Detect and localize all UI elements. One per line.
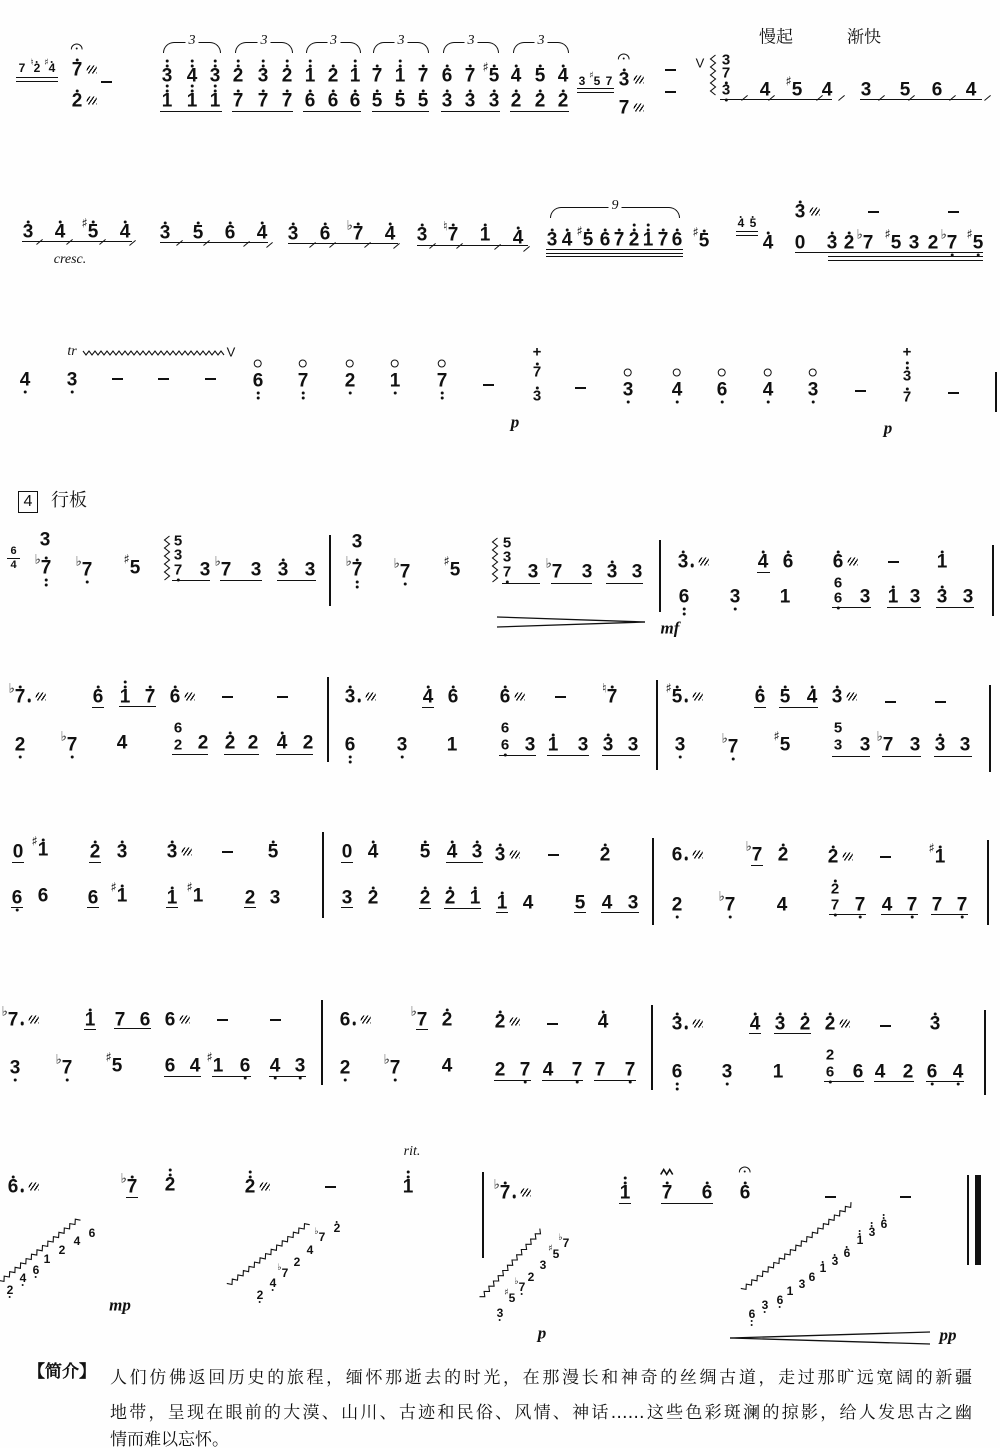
note-numeral: 6: [140, 1011, 151, 1030]
beam-line: [341, 862, 353, 863]
jianpu-note: 0: [342, 843, 353, 862]
harmonic-circle-icon: [346, 360, 354, 368]
sharp-icon: ♯: [785, 76, 791, 89]
time-signature-denominator: 4: [7, 559, 20, 571]
octave-dot-below-icon: [13, 1078, 16, 1081]
note-numeral: 3: [442, 92, 453, 111]
jianpu-note: 7: [418, 67, 429, 86]
octave-dot-below-icon: [44, 578, 47, 581]
octave-dot-below-icon: [355, 585, 358, 588]
jianpu-note: 2: [629, 231, 640, 250]
note-numeral: 1: [120, 688, 131, 707]
jianpu-note: 1: [643, 231, 654, 250]
beam-line: [829, 914, 866, 915]
octave-dot-above-icon: [371, 886, 374, 889]
jianpu-note: 3: [607, 563, 618, 582]
note-numeral: 7: [831, 898, 839, 913]
note-numeral: 7: [174, 563, 182, 578]
jianpu-note: 3: [937, 588, 948, 607]
octave-dot-below-icon: [956, 1082, 959, 1085]
note-numeral: 6: [679, 588, 690, 607]
octave-dot-above-icon: [398, 89, 401, 92]
note-numeral: 4: [558, 67, 569, 86]
jianpu-note: 1: [162, 92, 173, 111]
jianpu-note: 3: [162, 67, 173, 86]
octave-dot-above-icon: [781, 843, 784, 846]
tremolo-icon: [179, 1016, 189, 1024]
jianpu-note: 3: [795, 203, 806, 222]
octave-dot-below-icon: [930, 1082, 933, 1085]
jianpu-note: 2: [511, 92, 522, 111]
jianpu-note: 4: [763, 234, 774, 253]
beam-line: [166, 907, 178, 908]
sharp-icon: ♯: [576, 226, 582, 239]
note-numeral: 5: [834, 721, 842, 736]
jianpu-note: 6: [672, 231, 683, 250]
note-numeral: 1: [210, 92, 221, 111]
octave-dot-above-icon: [261, 59, 264, 62]
octave-dot-above-icon: [610, 560, 613, 563]
note-numeral: 4: [602, 894, 613, 913]
note-numeral: 6: [328, 92, 339, 111]
jianpu-note: 7♭: [947, 234, 958, 253]
jianpu-note: 4: [442, 1057, 453, 1076]
octave-dot-above-icon: [565, 228, 568, 231]
note-numeral: 7: [15, 688, 26, 707]
note-numeral: 7: [662, 1184, 673, 1203]
octave-dot-above-icon: [516, 226, 519, 229]
jianpu-note: 1: [773, 1063, 784, 1082]
augmentation-dot-icon: [684, 1026, 688, 1030]
beam-line: [84, 1029, 96, 1030]
jianpu-note: 3: [675, 736, 686, 755]
jianpu-note: 5: [418, 92, 429, 111]
note-numeral: 1: [888, 588, 899, 607]
octave-dot-below-icon: [682, 607, 685, 610]
jianpu-note: 2: [672, 896, 683, 915]
jianpu-note: 2: [844, 234, 855, 253]
tremolo-icon: [809, 208, 819, 216]
note-numeral: 3: [489, 92, 500, 111]
octave-dot-above-icon: [91, 220, 94, 223]
note-numeral: 4: [807, 688, 818, 707]
jianpu-note: 2: [903, 1063, 914, 1082]
jianpu-note: 7♭: [500, 1184, 511, 1203]
note-numeral: 3: [834, 738, 842, 753]
octave-dot-above-icon: [260, 221, 263, 224]
octave-dot-above-icon: [26, 220, 29, 223]
note-numeral: 5: [900, 81, 911, 100]
note-numeral: 3: [795, 203, 806, 222]
jianpu-note: 5♯: [594, 75, 601, 87]
flat-icon: ♭: [61, 731, 67, 744]
note-numeral: 3: [730, 588, 741, 607]
sustain-dash: [205, 378, 216, 380]
octave-dot-above-icon: [96, 685, 99, 688]
note-numeral: 7: [115, 1011, 126, 1030]
note-numeral: 2: [248, 734, 259, 753]
beam-line: [547, 755, 589, 756]
bar-line: [656, 680, 658, 770]
jianpu-note: 2: [826, 1048, 834, 1063]
jianpu-note: 7: [72, 61, 83, 80]
jianpu-note: 4: [270, 1057, 281, 1076]
jianpu-note: 6: [38, 887, 49, 906]
octave-dot-above-icon: [93, 840, 96, 843]
jianpu-note: 2: [831, 882, 839, 897]
beam-line: [510, 111, 569, 112]
note-numeral: 4: [738, 217, 745, 229]
note-numeral: 1: [193, 887, 204, 906]
note-numeral: 7: [503, 565, 511, 580]
jianpu-note: 5: [750, 217, 757, 229]
note-numeral: 4: [543, 1061, 554, 1080]
beam-line: [594, 1080, 636, 1081]
jianpu-note: 7♭: [319, 1231, 326, 1243]
jianpu-note: 5♯: [699, 232, 710, 251]
note-numeral: 3: [278, 561, 289, 580]
note-numeral: 2: [420, 889, 431, 908]
jianpu-note: 1: [187, 92, 198, 111]
note-numeral: 1: [780, 588, 791, 607]
tremolo-icon: [842, 853, 852, 861]
note-numeral: 3: [607, 563, 618, 582]
jianpu-note: 7♭: [353, 225, 364, 244]
bar-line: [327, 677, 329, 762]
jianpu-note: 3: [678, 553, 689, 572]
flat-icon: ♭: [394, 558, 400, 571]
octave-dot-above-icon: [423, 840, 426, 843]
jianpu-note: 2: [72, 92, 83, 111]
note-numeral: 4: [511, 67, 522, 86]
beam-line: [92, 707, 104, 708]
note-numeral: 7: [19, 62, 26, 74]
dynamic-mark: mf: [661, 620, 680, 637]
sharp-icon: ♯: [443, 556, 449, 569]
jianpu-note: 7: [614, 231, 625, 250]
note-numeral: 7: [725, 896, 736, 915]
jianpu-note: 6: [679, 588, 690, 607]
octave-dot-above-icon: [836, 550, 839, 553]
note-numeral: 3: [722, 83, 730, 98]
note-numeral: 2: [368, 889, 379, 908]
jianpu-note: 3: [270, 889, 281, 908]
jianpu-note: 3: [722, 83, 730, 98]
jianpu-note: 6: [755, 688, 766, 707]
jianpu-note: 6: [253, 372, 264, 391]
note-numeral: 2: [558, 92, 569, 111]
jianpu-note: 3: [910, 588, 921, 607]
octave-dot-above-icon: [371, 840, 374, 843]
octave-dot-above-icon: [753, 1012, 756, 1015]
sharp-icon: ♯: [482, 62, 488, 75]
jianpu-note: 6: [165, 1011, 176, 1030]
jianpu-note: 6: [240, 1057, 251, 1076]
beam-line: [546, 249, 683, 250]
jianpu-note: 7: [233, 92, 244, 111]
flat-icon: ♭: [494, 1179, 500, 1192]
dynamic-mark: p: [511, 414, 520, 431]
jianpu-note: 3: [910, 736, 921, 755]
bar-line: [987, 840, 989, 925]
jianpu-note: 4: [190, 1057, 201, 1076]
jianpu-note: +: [903, 345, 912, 360]
note-numeral: 6: [174, 721, 182, 736]
jianpu-note: 6: [853, 1063, 864, 1082]
sustain-dash: [868, 211, 879, 213]
note-numeral: 7: [607, 688, 618, 707]
octave-dot-above-icon: [675, 1012, 678, 1015]
arpeggio-wave: [707, 49, 719, 104]
sustain-dash: [222, 696, 233, 698]
note-numeral: 2: [828, 848, 839, 867]
beam-line: [276, 754, 313, 755]
note-numeral: 3: [832, 688, 843, 707]
octave-dot-above-icon: [170, 886, 173, 889]
jianpu-note: 1: [395, 67, 406, 86]
beam-line: [749, 1033, 761, 1034]
jianpu-note: 3: [578, 736, 589, 755]
bar-line: [329, 535, 331, 606]
note-numeral: 3: [632, 563, 643, 582]
octave-dot-above-icon: [550, 228, 553, 231]
octave-dot-above-icon: [75, 89, 78, 92]
note-numeral: 7: [233, 92, 244, 111]
octave-dot-above-icon: [163, 221, 166, 224]
beam-line: [832, 607, 871, 608]
jianpu-note: 3: [417, 226, 428, 245]
sustain-dash: [885, 701, 896, 703]
decrescendo-hairpin: [497, 616, 645, 628]
octave-dot-above-icon: [601, 1010, 604, 1013]
octave-dot-above-icon: [88, 1008, 91, 1011]
octave-dot-above-icon: [940, 585, 943, 588]
note-numeral: 3: [861, 81, 872, 100]
beam-line: [882, 756, 921, 757]
jianpu-note: 5♯: [450, 561, 461, 580]
octave-dot-above-icon: [130, 1175, 133, 1178]
flat-icon: ♭: [411, 1006, 417, 1019]
octave-dot-above-icon: [783, 685, 786, 688]
note-numeral: 3: [295, 1057, 306, 1076]
jianpu-note: 6: [174, 721, 182, 736]
jianpu-note: 1: [210, 92, 221, 111]
tremolo-icon: [633, 76, 643, 84]
bar-line: [652, 838, 654, 925]
note-numeral: 3: [345, 688, 356, 707]
jianpu-note: 7: [855, 896, 866, 915]
note-numeral: 7: [947, 234, 958, 253]
jianpu-note: 3: [861, 81, 872, 100]
jianpu-note: 7: [625, 1061, 636, 1080]
note-numeral: 3: [67, 371, 78, 390]
jianpu-note: 3: [632, 563, 643, 582]
tuplet-bracket: 3: [513, 42, 569, 53]
octave-dot-above-icon: [498, 843, 501, 846]
natural-icon: ♮: [443, 221, 448, 234]
octave-dot-above-icon: [196, 221, 199, 224]
note-numeral: 7: [606, 75, 613, 87]
octave-dot-above-icon: [190, 59, 193, 62]
jianpu-note: 5♯: [672, 688, 683, 707]
sharp-icon: ♯: [692, 227, 698, 240]
beam-line: [341, 907, 353, 908]
jianpu-note: 3: [935, 736, 946, 755]
jianpu-note: 6: [834, 576, 842, 591]
flat-icon: ♭: [121, 1173, 127, 1186]
note-numeral: 1: [447, 736, 458, 755]
octave-dot-above-icon: [228, 731, 231, 734]
beam-line: [422, 707, 434, 708]
note-numeral: 6: [833, 553, 844, 572]
beam-line: [126, 1197, 138, 1198]
jianpu-note: 2: [928, 234, 939, 253]
octave-dot-below-icon: [733, 607, 736, 610]
note-numeral: 3: [495, 846, 506, 865]
beam-line: [496, 912, 508, 913]
note-numeral: 1: [162, 92, 173, 111]
arpeggio-wave: [489, 532, 501, 588]
jianpu-note: 7: [19, 62, 26, 74]
octave-dot-above-icon: [356, 222, 359, 225]
note-numeral: 2: [511, 92, 522, 111]
jianpu-note: 2: [245, 889, 256, 908]
jianpu-note: 6: [500, 688, 511, 707]
jianpu-note: 7♭: [41, 559, 52, 578]
jianpu-note: 6: [501, 738, 509, 753]
note-numeral: 7: [282, 92, 293, 111]
note-numeral: 2: [340, 1059, 351, 1078]
note-numeral: 3: [117, 843, 128, 862]
sharp-icon: ♯: [123, 554, 129, 567]
note-numeral: 3: [174, 548, 182, 563]
note-numeral: 1: [117, 887, 128, 906]
jianpu-note: 7: [298, 372, 309, 391]
octave-dot-above-icon: [406, 1175, 409, 1178]
jianpu-note: 2: [368, 889, 379, 908]
note-numeral: 2: [245, 1178, 256, 1197]
note-numeral: 6: [448, 688, 459, 707]
note-numeral: 7: [258, 92, 269, 111]
beam-line: [751, 865, 763, 866]
note-numeral: 6: [600, 231, 611, 250]
sustain-dash: [665, 69, 676, 71]
tremolo-icon: [86, 97, 96, 105]
jianpu-note: 7♭: [62, 1059, 73, 1078]
tremolo-icon: [514, 693, 524, 701]
jianpu-note: 7♭: [82, 561, 93, 580]
jianpu-note: 7♮: [607, 688, 618, 707]
note-numeral: 4: [758, 553, 769, 572]
octave-dot-above-icon: [665, 1181, 668, 1184]
note-numeral: 1: [403, 1178, 414, 1197]
slash-mark-icon: [985, 95, 992, 101]
jianpu-note: 5: [420, 843, 431, 862]
tremolo-icon: [184, 693, 194, 701]
jianpu-note: 7: [115, 1011, 126, 1030]
jianpu-note: 7: [503, 565, 511, 580]
jianpu-note: 6: [8, 1178, 19, 1197]
note-numeral: 4: [368, 843, 379, 862]
note-numeral: 4: [423, 688, 434, 707]
note-numeral: 1: [305, 67, 316, 86]
octave-dot-above-icon: [831, 845, 834, 848]
note-numeral: 4: [270, 1057, 281, 1076]
octave-dot-below-icon: [720, 400, 723, 403]
tremolo-icon: [692, 693, 702, 701]
note-numeral: 3: [869, 1226, 876, 1238]
note-numeral: 7: [855, 896, 866, 915]
mordent-icon: [661, 1170, 673, 1176]
octave-dot-below-icon: [678, 755, 681, 758]
tuplet-number: 3: [186, 34, 199, 48]
jianpu-note: 6: [170, 688, 181, 707]
note-numeral: 3: [808, 381, 819, 400]
jianpu-note: 1: [403, 1178, 414, 1197]
note-numeral: 3: [930, 1015, 941, 1034]
note-numeral: 7: [863, 234, 874, 253]
octave-dot-above-icon: [661, 228, 664, 231]
tuplet-number: 9: [609, 199, 622, 213]
note-numeral: 4: [777, 896, 788, 915]
tuplet-bracket: 3: [373, 42, 429, 53]
note-numeral: 3: [472, 843, 483, 862]
breath-mark: V: [696, 57, 705, 70]
jianpu-note: 7: [831, 898, 839, 913]
jianpu-note: 5: [780, 688, 791, 707]
note-numeral: 6: [853, 1063, 864, 1082]
beam-line: [502, 583, 540, 584]
octave-dot-above-icon: [423, 886, 426, 889]
tempo-mark: 渐快: [847, 30, 881, 47]
jianpu-note: 6: [340, 1011, 351, 1030]
note-numeral: 3: [603, 736, 614, 755]
beam-line: [89, 862, 101, 863]
jianpu-note: 4: [875, 1063, 886, 1082]
beam-line: [172, 580, 210, 581]
jianpu-note: 6: [749, 1308, 756, 1320]
tempo-mark: 慢起: [759, 30, 793, 47]
sustain-dash: [217, 1019, 228, 1021]
octave-dot-above-icon: [503, 685, 506, 688]
note-numeral: 7: [319, 1231, 326, 1243]
beam-line: [212, 1076, 251, 1077]
note-numeral: 4: [763, 381, 774, 400]
octave-dot-above-icon: [803, 1012, 806, 1015]
note-numeral: 4: [442, 1057, 453, 1076]
jianpu-note: 1: [390, 372, 401, 391]
note-numeral: 2: [778, 846, 789, 865]
note-numeral: 1: [350, 67, 361, 86]
note-numeral: 5: [268, 843, 279, 862]
note-numeral: 7: [907, 896, 918, 915]
note-numeral: 2: [34, 62, 41, 74]
note-numeral: 7: [552, 563, 563, 582]
jianpu-note: 3: [775, 1015, 786, 1034]
jianpu-note: 7♭: [417, 1011, 428, 1030]
jianpu-note: 2: [165, 1176, 176, 1195]
note-numeral: 7: [932, 896, 943, 915]
beam-line: [446, 862, 483, 863]
octave-dot-above-icon: [847, 231, 850, 234]
note-numeral: 5: [891, 234, 902, 253]
note-numeral: 1: [85, 1011, 96, 1030]
note-numeral: 3: [722, 1063, 733, 1082]
note-numeral: 7: [500, 1184, 511, 1203]
note-numeral: 5: [699, 232, 710, 251]
tremolo-icon: [839, 1020, 849, 1028]
sharp-icon: ♯: [665, 683, 671, 696]
